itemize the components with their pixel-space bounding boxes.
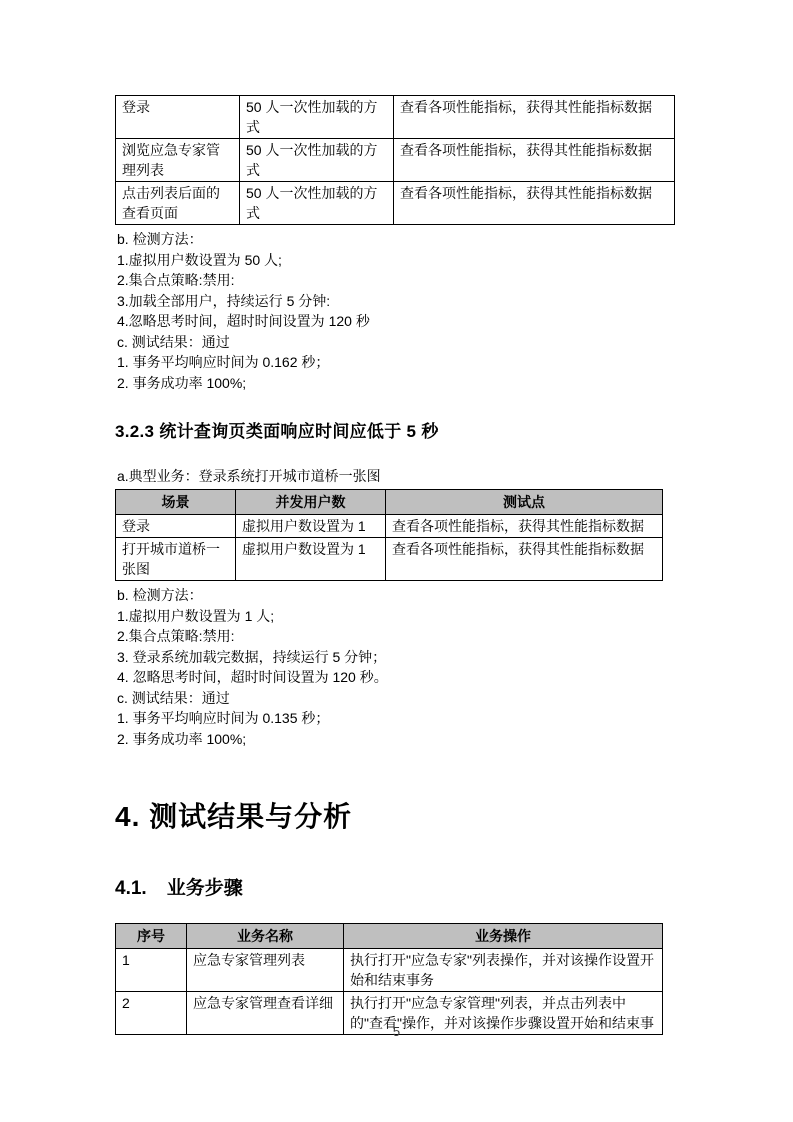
cell-scene: 打开城市道桥一张图 (116, 538, 236, 581)
test-method-block-2: b. 检测方法： 1.虚拟用户数设置为 1 人; 2.集合点策略:禁用: 3. … (117, 585, 635, 749)
cell-users: 50 人一次性加载的方式 (240, 182, 394, 225)
text-line: 2.集合点策略:禁用: (117, 270, 635, 291)
query-test-table: 场景 并发用户数 测试点 登录 虚拟用户数设置为 1 查看各项性能指标，获得其性… (115, 489, 663, 581)
section-heading-3-2-3: 3.2.3 统计查询页类面响应时间应低于 5 秒 (115, 417, 635, 442)
cell-users: 虚拟用户数设置为 1 (236, 515, 386, 538)
text-line: c. 测试结果：通过 (117, 688, 635, 709)
test-method-block-1: b. 检测方法： 1.虚拟用户数设置为 50 人; 2.集合点策略:禁用: 3.… (117, 229, 635, 393)
typical-business-line: a.典型业务：登录系统打开城市道桥一张图 (117, 466, 635, 486)
header-scene: 场景 (116, 490, 236, 515)
header-concurrent-users: 并发用户数 (236, 490, 386, 515)
text-line: b. 检测方法： (117, 229, 635, 250)
table-row: 登录 虚拟用户数设置为 1 查看各项性能指标，获得其性能指标数据 (116, 515, 663, 538)
header-business-operation: 业务操作 (344, 924, 663, 949)
cell-testpoint: 查看各项性能指标，获得其性能指标数据 (386, 515, 663, 538)
cell-business-operation: 执行打开"应急专家"列表操作，并对该操作设置开始和结束事务 (344, 949, 663, 992)
table-row: 点击列表后面的查看页面 50 人一次性加载的方式 查看各项性能指标，获得其性能指… (116, 182, 675, 225)
text-line: 1. 事务平均响应时间为 0.162 秒； (117, 352, 635, 373)
table-row: 打开城市道桥一张图 虚拟用户数设置为 1 查看各项性能指标，获得其性能指标数据 (116, 538, 663, 581)
cell-scene: 登录 (116, 96, 240, 139)
cell-users: 50 人一次性加载的方式 (240, 96, 394, 139)
header-index: 序号 (116, 924, 187, 949)
text-line: 2.集合点策略:禁用: (117, 626, 635, 647)
page-number: 5 (0, 1024, 793, 1039)
section-heading-4-1: 4.1.业务步骤 (115, 873, 635, 900)
page-content: 登录 50 人一次性加载的方式 查看各项性能指标，获得其性能指标数据 浏览应急专… (115, 95, 635, 1035)
cell-scene: 登录 (116, 515, 236, 538)
text-line: 4.忽略思考时间，超时时间设置为 120 秒 (117, 311, 635, 332)
table-header-row: 序号 业务名称 业务操作 (116, 924, 663, 949)
cell-testpoint: 查看各项性能指标，获得其性能指标数据 (394, 96, 675, 139)
header-business-name: 业务名称 (187, 924, 344, 949)
cell-business-name: 应急专家管理列表 (187, 949, 344, 992)
table-row: 登录 50 人一次性加载的方式 查看各项性能指标，获得其性能指标数据 (116, 96, 675, 139)
cell-testpoint: 查看各项性能指标，获得其性能指标数据 (394, 182, 675, 225)
business-steps-table: 序号 业务名称 业务操作 1 应急专家管理列表 执行打开"应急专家"列表操作，并… (115, 923, 663, 1035)
cell-users: 50 人一次性加载的方式 (240, 139, 394, 182)
text-line: 1.虚拟用户数设置为 50 人; (117, 250, 635, 271)
cell-testpoint: 查看各项性能指标，获得其性能指标数据 (394, 139, 675, 182)
cell-testpoint: 查看各项性能指标，获得其性能指标数据 (386, 538, 663, 581)
text-line: b. 检测方法： (117, 585, 635, 606)
cell-scene: 浏览应急专家管理列表 (116, 139, 240, 182)
load-test-table: 登录 50 人一次性加载的方式 查看各项性能指标，获得其性能指标数据 浏览应急专… (115, 95, 675, 225)
report-page: 登录 50 人一次性加载的方式 查看各项性能指标，获得其性能指标数据 浏览应急专… (0, 0, 793, 1122)
text-line: c. 测试结果：通过 (117, 332, 635, 353)
heading-title: 业务步骤 (167, 878, 243, 899)
cell-users: 虚拟用户数设置为 1 (236, 538, 386, 581)
text-line: 2. 事务成功率 100%; (117, 373, 635, 394)
heading-number: 4.1. (115, 878, 147, 899)
text-line: 4. 忽略思考时间，超时时间设置为 120 秒。 (117, 667, 635, 688)
cell-index: 1 (116, 949, 187, 992)
section-heading-4: 4. 测试结果与分析 (115, 795, 635, 835)
table-row: 浏览应急专家管理列表 50 人一次性加载的方式 查看各项性能指标，获得其性能指标… (116, 139, 675, 182)
table-header-row: 场景 并发用户数 测试点 (116, 490, 663, 515)
header-testpoint: 测试点 (386, 490, 663, 515)
text-line: 1.虚拟用户数设置为 1 人; (117, 606, 635, 627)
text-line: 3. 登录系统加载完数据，持续运行 5 分钟； (117, 647, 635, 668)
text-line: 1. 事务平均响应时间为 0.135 秒； (117, 708, 635, 729)
cell-scene: 点击列表后面的查看页面 (116, 182, 240, 225)
text-line: 2. 事务成功率 100%; (117, 729, 635, 750)
text-line: 3.加载全部用户，持续运行 5 分钟: (117, 291, 635, 312)
table-row: 1 应急专家管理列表 执行打开"应急专家"列表操作，并对该操作设置开始和结束事务 (116, 949, 663, 992)
